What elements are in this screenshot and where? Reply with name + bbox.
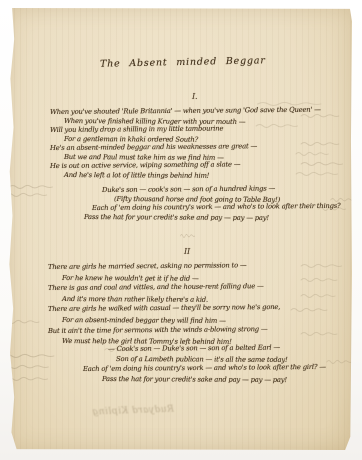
stanza-two-numeral: II [184,247,190,256]
manuscript-line: Each of 'em doing his country's work — a… [83,362,326,374]
faint-pencil-annotation [300,330,340,336]
manuscript-line: He is out on active service, wiping some… [50,160,321,171]
manuscript-page: The Absent minded Beggar I. When you've … [8,8,352,450]
faint-pencil-annotation [300,276,340,282]
manuscript-line: Will you kindly drop a shilling in my li… [50,124,321,135]
manuscript-line: There is gas and coal and vittles, and t… [48,281,280,294]
manuscript-line: Pass the hat for your credit's sake and … [102,374,326,385]
manuscript-line: Each of 'em doing his country's work — a… [92,202,341,213]
manuscript-line: He's an absent-minded beggar and his wea… [50,142,321,153]
chorus-one: Duke's son — cook's son — son of a hundr… [50,186,340,222]
faint-pencil-annotation [300,292,338,298]
manuscript-line: But it ain't the time for sermons with t… [48,324,280,337]
chorus-two: — Cook's son — Duke's son — son of a bel… [48,344,326,384]
manuscript-line: There are girls he walked with casual — … [48,302,280,315]
stanza-one-numeral: I. [192,92,197,101]
manuscript-line: Duke's son — cook's son — son of a hundr… [102,184,341,195]
stanza-two: There are girls he married secret, askin… [48,262,280,347]
manuscript-line: — Cook's son — Duke's son — son of a bel… [108,342,326,354]
bleedthrough-signature: Rudyard Kipling [92,405,174,418]
poem-title: The Absent minded Beggar [100,55,266,69]
faint-pencil-annotation [180,232,196,238]
faint-pencil-annotation [5,191,50,197]
manuscript-line: When you've shouted 'Rule Britannia' — w… [50,106,321,117]
manuscript-line: Pass the hat for your credit's sake and … [84,213,341,223]
handwriting-layer: The Absent minded Beggar I. When you've … [8,8,352,450]
faint-pencil-annotation [300,262,345,268]
manuscript-line: And he's left a lot of little things beh… [64,171,321,181]
faint-pencil-annotation [290,306,330,312]
faint-pencil-annotation [326,358,354,364]
stanza-one: When you've shouted 'Rule Britannia' — w… [50,108,321,180]
faint-pencil-annotation [8,183,56,189]
manuscript-line: There are girls he married secret, askin… [48,260,280,273]
